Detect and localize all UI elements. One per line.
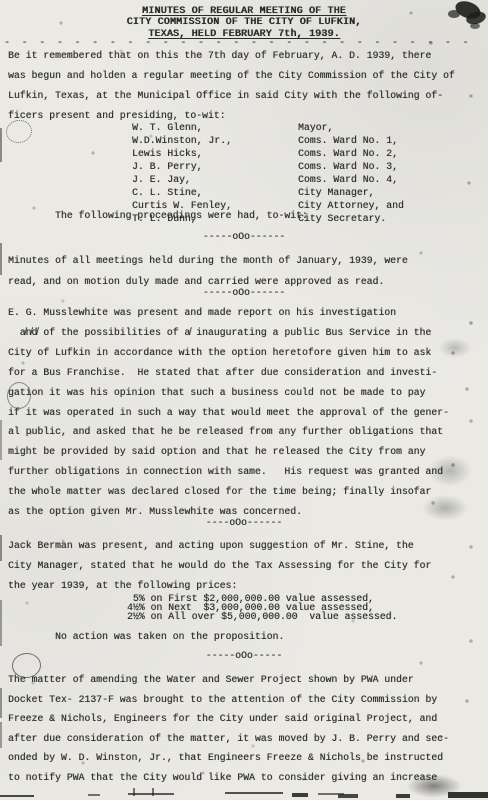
ink-smudge [428,455,472,487]
officer-title: Coms. Ward No. 4, [298,174,398,185]
officer-row: W. T. Glenn,Mayor, [132,121,404,134]
document-title-line: MINUTES OF REGULAR MEETING OF THE [0,5,488,16]
bottom-edge-artifact [448,792,488,798]
paragraph-line: gation it was his opinion that such a bu… [8,383,484,403]
paragraph-line: a̸n̸d̸ of the possibilities of a̸ inaugu… [8,323,484,343]
officer-name: Lewis Hicks, [132,147,298,160]
section-separator: -----oOo------ [0,231,488,242]
paragraph-line: al public, and asked that he be released… [8,422,484,442]
margin-tick [0,420,2,460]
tax-assessing-paragraph: Jack Berman was present, and acting upon… [8,536,484,595]
officer-row: C. L. Stine,City Manager, [132,186,404,199]
officer-name: C. L. Stine, [132,186,298,199]
paragraph-line: Jack Berman was present, and acting upon… [8,536,484,556]
price-line: 2½% on All over $5,000,000.00 value asse… [127,612,397,621]
paragraph-line: Minutes of all meetings held during the … [8,251,484,272]
officer-row: W.D.Winston, Jr.,Coms. Ward No. 1, [132,134,404,147]
officer-title: City Attorney, and [298,200,404,211]
officer-name: J. E. Jay, [132,173,298,186]
proceedings-line: The following proceedings were had, to-w… [55,210,308,221]
officer-name: J. B. Perry, [132,160,298,173]
bottom-edge-artifact [88,794,100,796]
paragraph-line: for a Bus Franchise. He stated that afte… [8,363,484,383]
document-title: MINUTES OF REGULAR MEETING OF THE CITY C… [0,5,488,39]
margin-tick [0,722,2,748]
ink-smudge [438,338,472,358]
paragraph-line: Be it remembered that on this the 7th da… [8,46,484,66]
pwa-project-paragraph: The matter of amending the Water and Sew… [8,670,484,788]
paragraph-line: Docket Tex- 2137-F was brought to the at… [8,690,484,710]
paragraph-line: The matter of amending the Water and Sew… [8,670,484,690]
ink-smudge [448,10,460,18]
officer-title: Coms. Ward No. 1, [298,135,398,146]
bottom-edge-artifact [225,792,283,794]
ink-smudge [470,23,480,29]
section-separator: -----oOo------ [0,287,488,298]
no-action-line: No action was taken on the proposition. [55,631,284,642]
paragraph-line: might be provided by said option and tha… [8,442,484,462]
officer-row: Lewis Hicks,Coms. Ward No. 2, [132,147,404,160]
scanned-minutes-page: MINUTES OF REGULAR MEETING OF THE CITY C… [0,0,488,800]
paragraph-line: E. G. Musslewhite was present and made r… [8,303,484,323]
bottom-edge-artifact [396,794,410,798]
section-separator: -----oOo----- [0,650,488,661]
paragraph-line: Freeze & Nichols, Engineers for the City… [8,709,484,729]
margin-tick [0,688,2,718]
officer-title: City Secretary. [298,213,386,224]
bottom-edge-artifact [0,795,34,797]
margin-tick [0,600,2,646]
bottom-edge-artifact [292,793,308,797]
margin-tick [0,243,2,275]
paper-speckles [0,0,2,2]
minutes-paragraph: Minutes of all meetings held during the … [8,251,484,292]
officer-row: J. E. Jay,Coms. Ward No. 4, [132,173,404,186]
bottom-edge-artifact [133,788,135,796]
tax-price-list: 5% on First $2,000,000.00 value assessed… [127,594,397,622]
officer-title: Mayor, [298,122,333,133]
bottom-edge-artifact [338,794,358,798]
paragraph-line: further obligations in connection with s… [8,462,484,482]
margin-tick [0,535,2,561]
paragraph-line: City Manager, stated that he would do th… [8,556,484,576]
officer-title: Coms. Ward No. 3, [298,161,398,172]
bottom-edge-artifact [152,788,154,796]
officer-name: W.D.Winston, Jr., [132,134,298,147]
intro-paragraph: Be it remembered that on this the 7th da… [8,46,484,126]
document-title-line: CITY COMMISSION OF THE CITY OF LUFKIN, [0,16,488,27]
officer-name: W. T. Glenn, [132,121,298,134]
paragraph-line: City of Lufkin in accordance with the op… [8,343,484,363]
paragraph-line: if it was operated in such a way that wo… [8,403,484,423]
ink-smudge [422,495,468,521]
section-separator: ----oOo------ [0,517,488,528]
bus-service-paragraph: E. G. Musslewhite was present and made r… [8,303,484,522]
officer-row: J. B. Perry,Coms. Ward No. 3, [132,160,404,173]
paragraph-line: after due consideration of the matter, i… [8,729,484,749]
paragraph-line: the whole matter was declared closed for… [8,482,484,502]
paragraph-line: was begun and holden a regular meeting o… [8,66,484,86]
officer-title: Coms. Ward No. 2, [298,148,398,159]
margin-tick [0,128,2,162]
paragraph-line: onded by W. D. Winston, Jr., that Engine… [8,748,484,768]
officer-title: City Manager, [298,187,374,198]
paragraph-line: Lufkin, Texas, at the Municipal Office i… [8,86,484,106]
